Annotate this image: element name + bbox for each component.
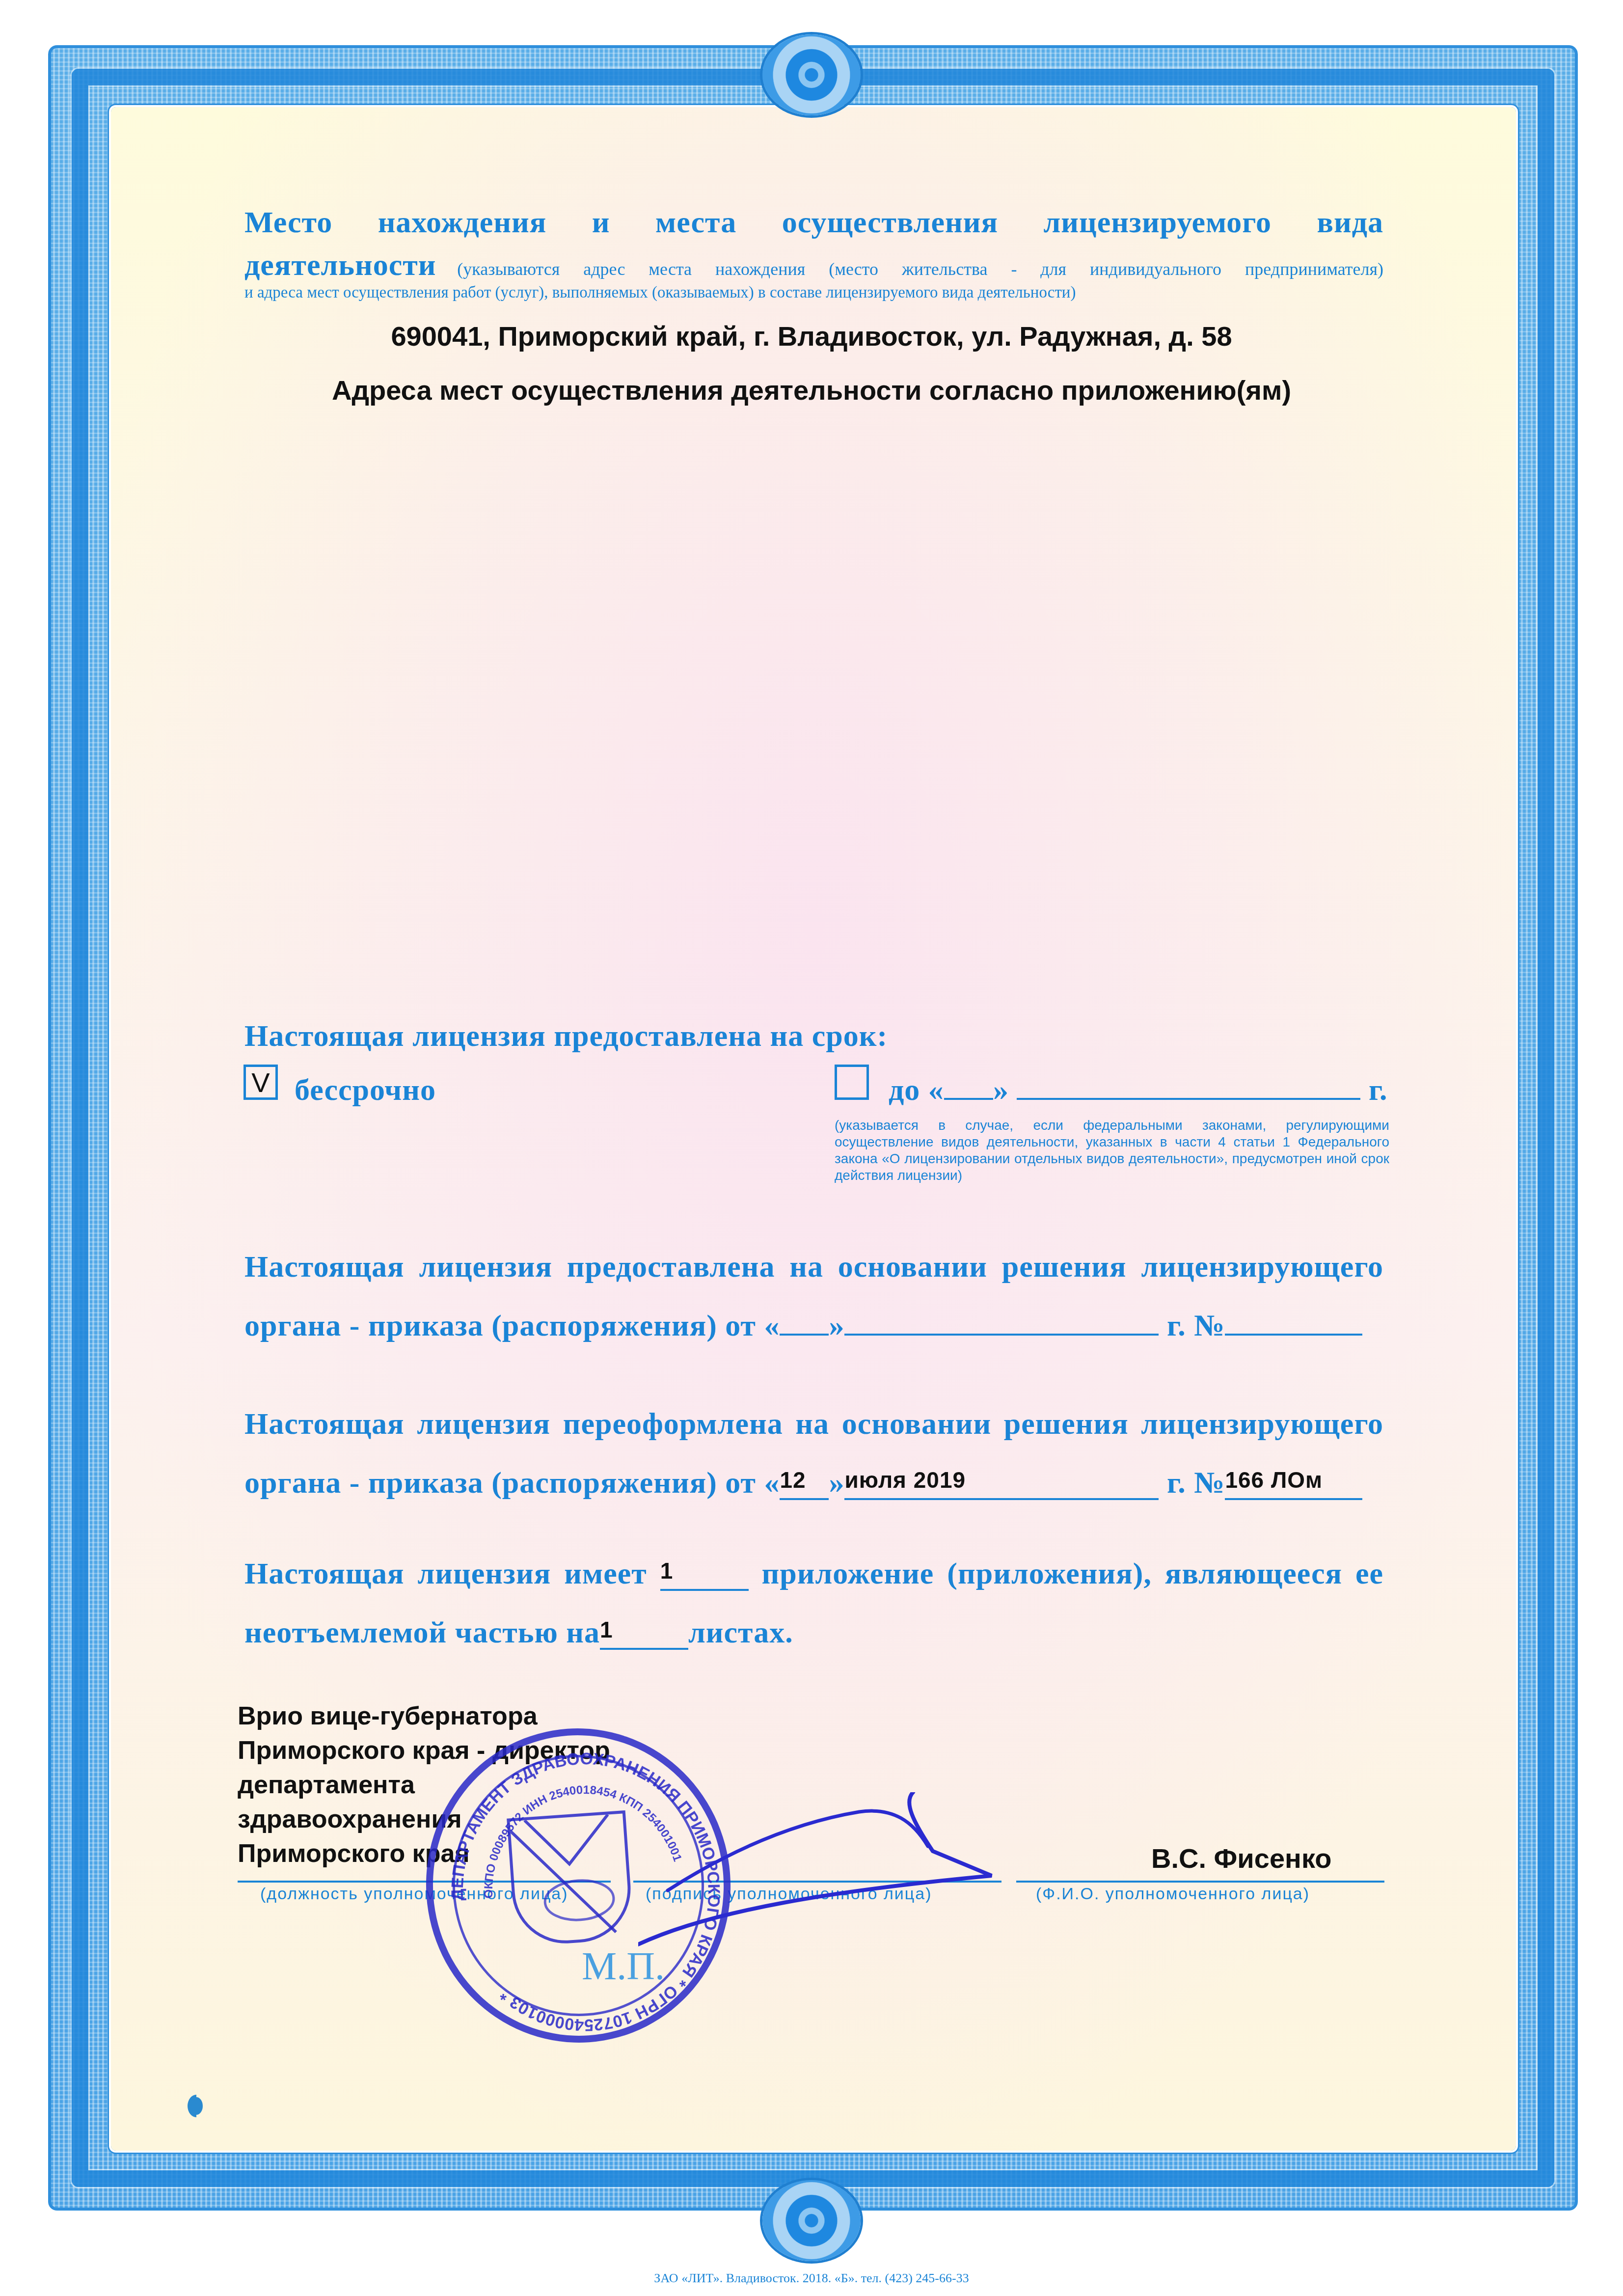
granted-number-input[interactable] [1225, 1334, 1362, 1336]
until-month-year-input[interactable] [1017, 1098, 1360, 1100]
rosette-ornament-top [762, 34, 861, 115]
location-title-bold: деятельности [244, 248, 436, 282]
granted-day-input[interactable] [780, 1334, 829, 1336]
unlimited-term-label: бессрочно [295, 1073, 589, 1108]
unlimited-term-checkbox[interactable]: V [243, 1065, 278, 1100]
official-name: В.С. Фисенко [1151, 1842, 1331, 1874]
name-caption: (Ф.И.О. уполномоченного лица) [1036, 1885, 1310, 1904]
reissued-month-year-input[interactable]: июля 2019 [844, 1468, 1159, 1500]
granted-month-year-input[interactable] [844, 1334, 1159, 1336]
check-mark: V [251, 1066, 270, 1098]
security-mark-icon [186, 2095, 203, 2117]
reissued-line2: органа - приказа (распоряжения) от «12»и… [244, 1466, 1383, 1501]
name-line [1016, 1881, 1384, 1883]
granted-line1: Настоящая лицензия предоставлена на осно… [244, 1250, 1383, 1285]
term-title: Настоящая лицензия предоставлена на срок… [244, 1019, 1383, 1054]
reissued-line1: Настоящая лицензия переоформлена на осно… [244, 1407, 1383, 1442]
location-title-line3: и адреса мест осуществления работ (услуг… [244, 284, 1383, 302]
appendix-count-input[interactable]: 1 [660, 1558, 749, 1591]
sheet-count-input[interactable]: 1 [600, 1617, 688, 1650]
location-title-line2: деятельности (указываются адрес места на… [244, 248, 1383, 283]
reissued-number-input[interactable]: 166 ЛОм [1225, 1468, 1362, 1500]
activity-addresses: Адреса мест осуществления деятельности с… [0, 374, 1623, 406]
granted-line2: органа - приказа (распоряжения) от «» г.… [244, 1309, 1383, 1343]
until-date-checkbox[interactable] [835, 1065, 869, 1100]
until-date-field: до «» г. [889, 1073, 1394, 1108]
until-date-note: (указывается в случае, если федеральными… [835, 1117, 1389, 1184]
location-title-note: (указываются адрес места нахождения (мес… [457, 259, 1383, 279]
printer-imprint: ЗАО «ЛИТ». Владивосток. 2018. «Б». тел. … [0, 2271, 1623, 2286]
until-day-input[interactable] [944, 1098, 993, 1100]
handwritten-signature [638, 1792, 1011, 1959]
location-title-line1: Место нахождения и места осуществления л… [244, 205, 1383, 240]
appendix-line1: Настоящая лицензия имеет 1 приложение (п… [244, 1557, 1383, 1591]
rosette-ornament-bottom [762, 2180, 861, 2261]
appendix-line2: неотъемлемой частью на1листах. [244, 1615, 1383, 1650]
reissued-day-input[interactable]: 12 [780, 1468, 829, 1500]
license-address: 690041, Приморский край, г. Владивосток,… [0, 320, 1623, 352]
